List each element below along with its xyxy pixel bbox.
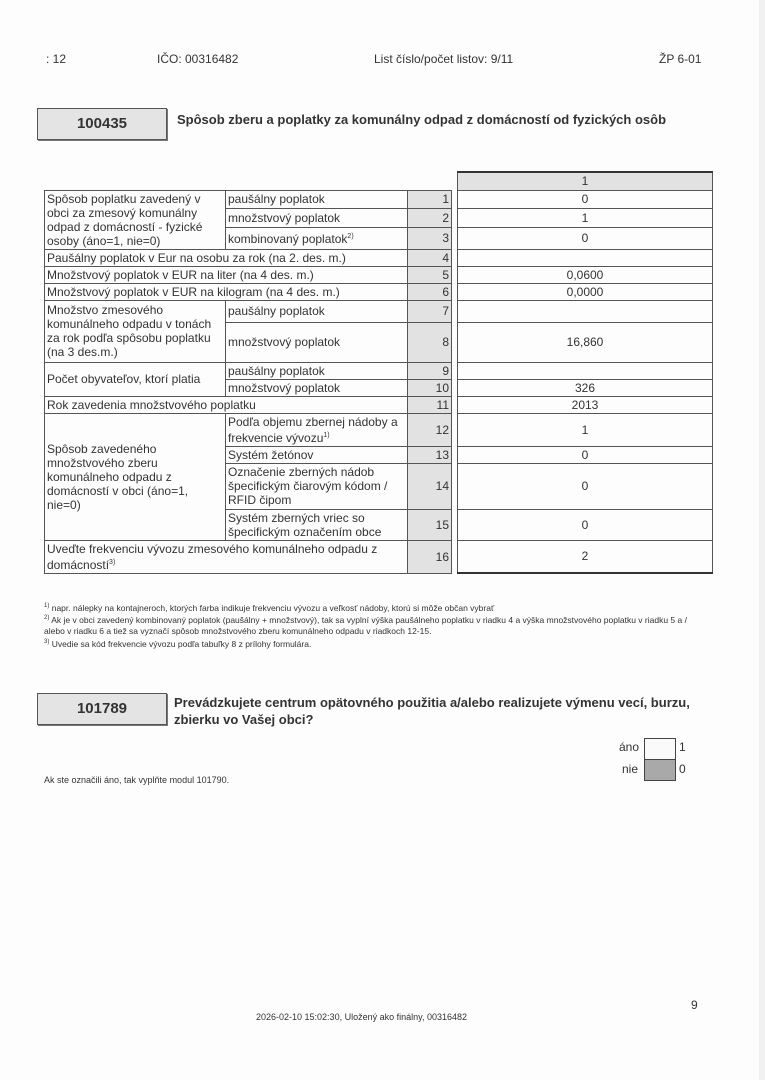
row-label-text: Označenie zberných nádob špecifickým čia… (228, 465, 387, 507)
footnote-ref: 2) (347, 233, 353, 240)
yes-code: 1 (679, 740, 686, 754)
row-label: Množstvový poplatok v EUR na kilogram (n… (45, 283, 408, 300)
table-row: Spôsob zavedeného množstvového zberu kom… (45, 413, 713, 446)
header-form-code: ŽP 6-01 (659, 52, 701, 66)
row-value-field[interactable]: 16,860 (458, 322, 713, 362)
row-value-field[interactable]: 0 (458, 446, 713, 463)
footnote-text: Uvedie sa kód frekvencie vývozu podľa ta… (52, 639, 312, 649)
row-label: Množstvový poplatok v EUR na liter (na 4… (45, 266, 408, 283)
row-label: Paušálny poplatok v Eur na osobu za rok … (45, 249, 408, 266)
row-value-field[interactable]: 326 (458, 379, 713, 396)
footnote-ref: 3) (109, 559, 115, 566)
row-number: 1 (408, 190, 452, 209)
row-label: paušálny poplatok (226, 300, 408, 322)
row-label-text: Systém zberných vriec so špecifickým ozn… (228, 511, 381, 539)
row-group-label: Spôsob zavedeného množstvového zberu kom… (45, 413, 226, 540)
row-label-text: Podľa objemu zbernej nádoby a frekvencie… (228, 415, 398, 445)
page-number: 9 (691, 998, 698, 1012)
row-value-field[interactable]: 1 (458, 413, 713, 446)
row-label-text: množstvový poplatok (228, 335, 340, 349)
row-group-label: Spôsob poplatku zavedený v obci za zmeso… (45, 190, 226, 249)
row-number: 13 (408, 446, 452, 463)
row-label: Systém žetónov (226, 446, 408, 463)
row-value-field[interactable]: 0 (458, 228, 713, 249)
row-group-label: Počet obyvateľov, ktorí platia (45, 362, 226, 396)
row-label-text: množstvový poplatok (228, 211, 340, 225)
row-number: 7 (408, 300, 452, 322)
row-number: 6 (408, 283, 452, 300)
row-value-field[interactable]: 0,0000 (458, 283, 713, 300)
table-row: Spôsob poplatku zavedený v obci za zmeso… (45, 190, 713, 209)
row-label-text: paušálny poplatok (228, 192, 325, 206)
module-note: Ak ste označili áno, tak vyplňte modul 1… (44, 775, 229, 785)
footnote-mark: 3) (44, 639, 49, 645)
footnote: 3) Uvedie sa kód frekvencie vývozu podľa… (44, 637, 704, 650)
footnote-text: napr. nálepky na kontajneroch, ktorých f… (52, 603, 494, 613)
row-number: 12 (408, 413, 452, 446)
row-number: 11 (408, 396, 452, 413)
yes-label: áno (619, 740, 639, 754)
table-row: Rok zavedenia množstvového poplatku11201… (45, 396, 713, 413)
footnote-mark: 1) (44, 603, 49, 609)
row-value-field[interactable]: 2013 (458, 396, 713, 413)
row-label-text: Uveďte frekvenciu vývozu zmesového komun… (47, 542, 377, 572)
page-edge (759, 0, 765, 1080)
row-label: množstvový poplatok (226, 379, 408, 396)
row-label-text: paušálny poplatok (228, 304, 325, 318)
row-label: kombinovaný poplatok2) (226, 228, 408, 249)
row-label-text: Rok zavedenia množstvového poplatku (47, 398, 256, 412)
table-row: Uveďte frekvenciu vývozu zmesového komun… (45, 540, 713, 573)
row-label-text: množstvový poplatok (228, 381, 340, 395)
row-number: 5 (408, 266, 452, 283)
footnote-mark: 2) (44, 615, 49, 621)
row-value-field[interactable]: 0,0600 (458, 266, 713, 283)
row-number: 15 (408, 509, 452, 540)
row-number: 9 (408, 362, 452, 379)
row-label: množstvový poplatok (226, 209, 408, 228)
table-row: Množstvo zmesového komunálneho odpadu v … (45, 300, 713, 322)
row-value-field[interactable]: 2 (458, 540, 713, 573)
waste-fee-table: 1 Spôsob poplatku zavedený v obci za zme… (44, 171, 713, 574)
row-label: množstvový poplatok (226, 322, 408, 362)
table-row: Počet obyvateľov, ktorí platiapaušálny p… (45, 362, 713, 379)
row-number: 4 (408, 249, 452, 266)
row-number: 10 (408, 379, 452, 396)
row-label-text: Množstvový poplatok v EUR na liter (na 4… (47, 268, 314, 282)
row-label: Rok zavedenia množstvového poplatku (45, 396, 408, 413)
row-label: Systém zberných vriec so špecifickým ozn… (226, 509, 408, 540)
section-code-101789: 101789 (37, 693, 167, 725)
row-value-field[interactable]: 0 (458, 463, 713, 509)
row-value-field[interactable]: 0 (458, 190, 713, 209)
row-label-text: paušálny poplatok (228, 364, 325, 378)
row-value-field[interactable]: 0 (458, 509, 713, 540)
table-row: Paušálny poplatok v Eur na osobu za rok … (45, 249, 713, 266)
header-left: : 12 (46, 52, 66, 66)
header-sheet-number: List číslo/počet listov: 9/11 (374, 52, 513, 66)
row-label: Označenie zberných nádob špecifickým čia… (226, 463, 408, 509)
row-label-text: Množstvový poplatok v EUR na kilogram (n… (47, 285, 340, 299)
footnote-ref: 1) (323, 432, 329, 439)
row-label: Uveďte frekvenciu vývozu zmesového komun… (45, 540, 408, 573)
row-value-field[interactable] (458, 249, 713, 266)
row-number: 8 (408, 322, 452, 362)
table-row: Množstvový poplatok v EUR na kilogram (n… (45, 283, 713, 300)
row-value-field[interactable] (458, 300, 713, 322)
row-number: 16 (408, 540, 452, 573)
row-label: paušálny poplatok (226, 362, 408, 379)
save-status: 2026-02-10 15:02:30, Uložený ako finálny… (256, 1012, 467, 1022)
row-value-field[interactable]: 1 (458, 209, 713, 228)
table-row: Množstvový poplatok v EUR na liter (na 4… (45, 266, 713, 283)
footnote-text: Ak je v obci zavedený kombinovaný poplat… (44, 615, 687, 636)
section-title-100435: Spôsob zberu a poplatky za komunálny odp… (177, 111, 666, 128)
row-number: 3 (408, 228, 452, 249)
section-title-101789: Prevádzkujete centrum opätovného použiti… (174, 694, 694, 728)
column-header: 1 (458, 172, 713, 190)
yes-checkbox[interactable] (644, 738, 676, 760)
row-label: paušálny poplatok (226, 190, 408, 209)
row-number: 14 (408, 463, 452, 509)
section-code-100435: 100435 (37, 108, 167, 140)
row-group-label: Množstvo zmesového komunálneho odpadu v … (45, 300, 226, 362)
no-checkbox[interactable] (644, 759, 676, 781)
row-value-field[interactable] (458, 362, 713, 379)
row-label-text: Paušálny poplatok v Eur na osobu za rok … (47, 251, 346, 265)
header-ico: IČO: 00316482 (157, 52, 238, 66)
row-label: Podľa objemu zbernej nádoby a frekvencie… (226, 413, 408, 446)
no-label: nie (622, 762, 638, 776)
row-label-text: Systém žetónov (228, 448, 313, 462)
no-code: 0 (679, 762, 686, 776)
row-number: 2 (408, 209, 452, 228)
footnote: 2) Ak je v obci zavedený kombinovaný pop… (44, 613, 704, 637)
footnote: 1) napr. nálepky na kontajneroch, ktorýc… (44, 601, 704, 614)
row-label-text: kombinovaný poplatok (228, 232, 347, 246)
